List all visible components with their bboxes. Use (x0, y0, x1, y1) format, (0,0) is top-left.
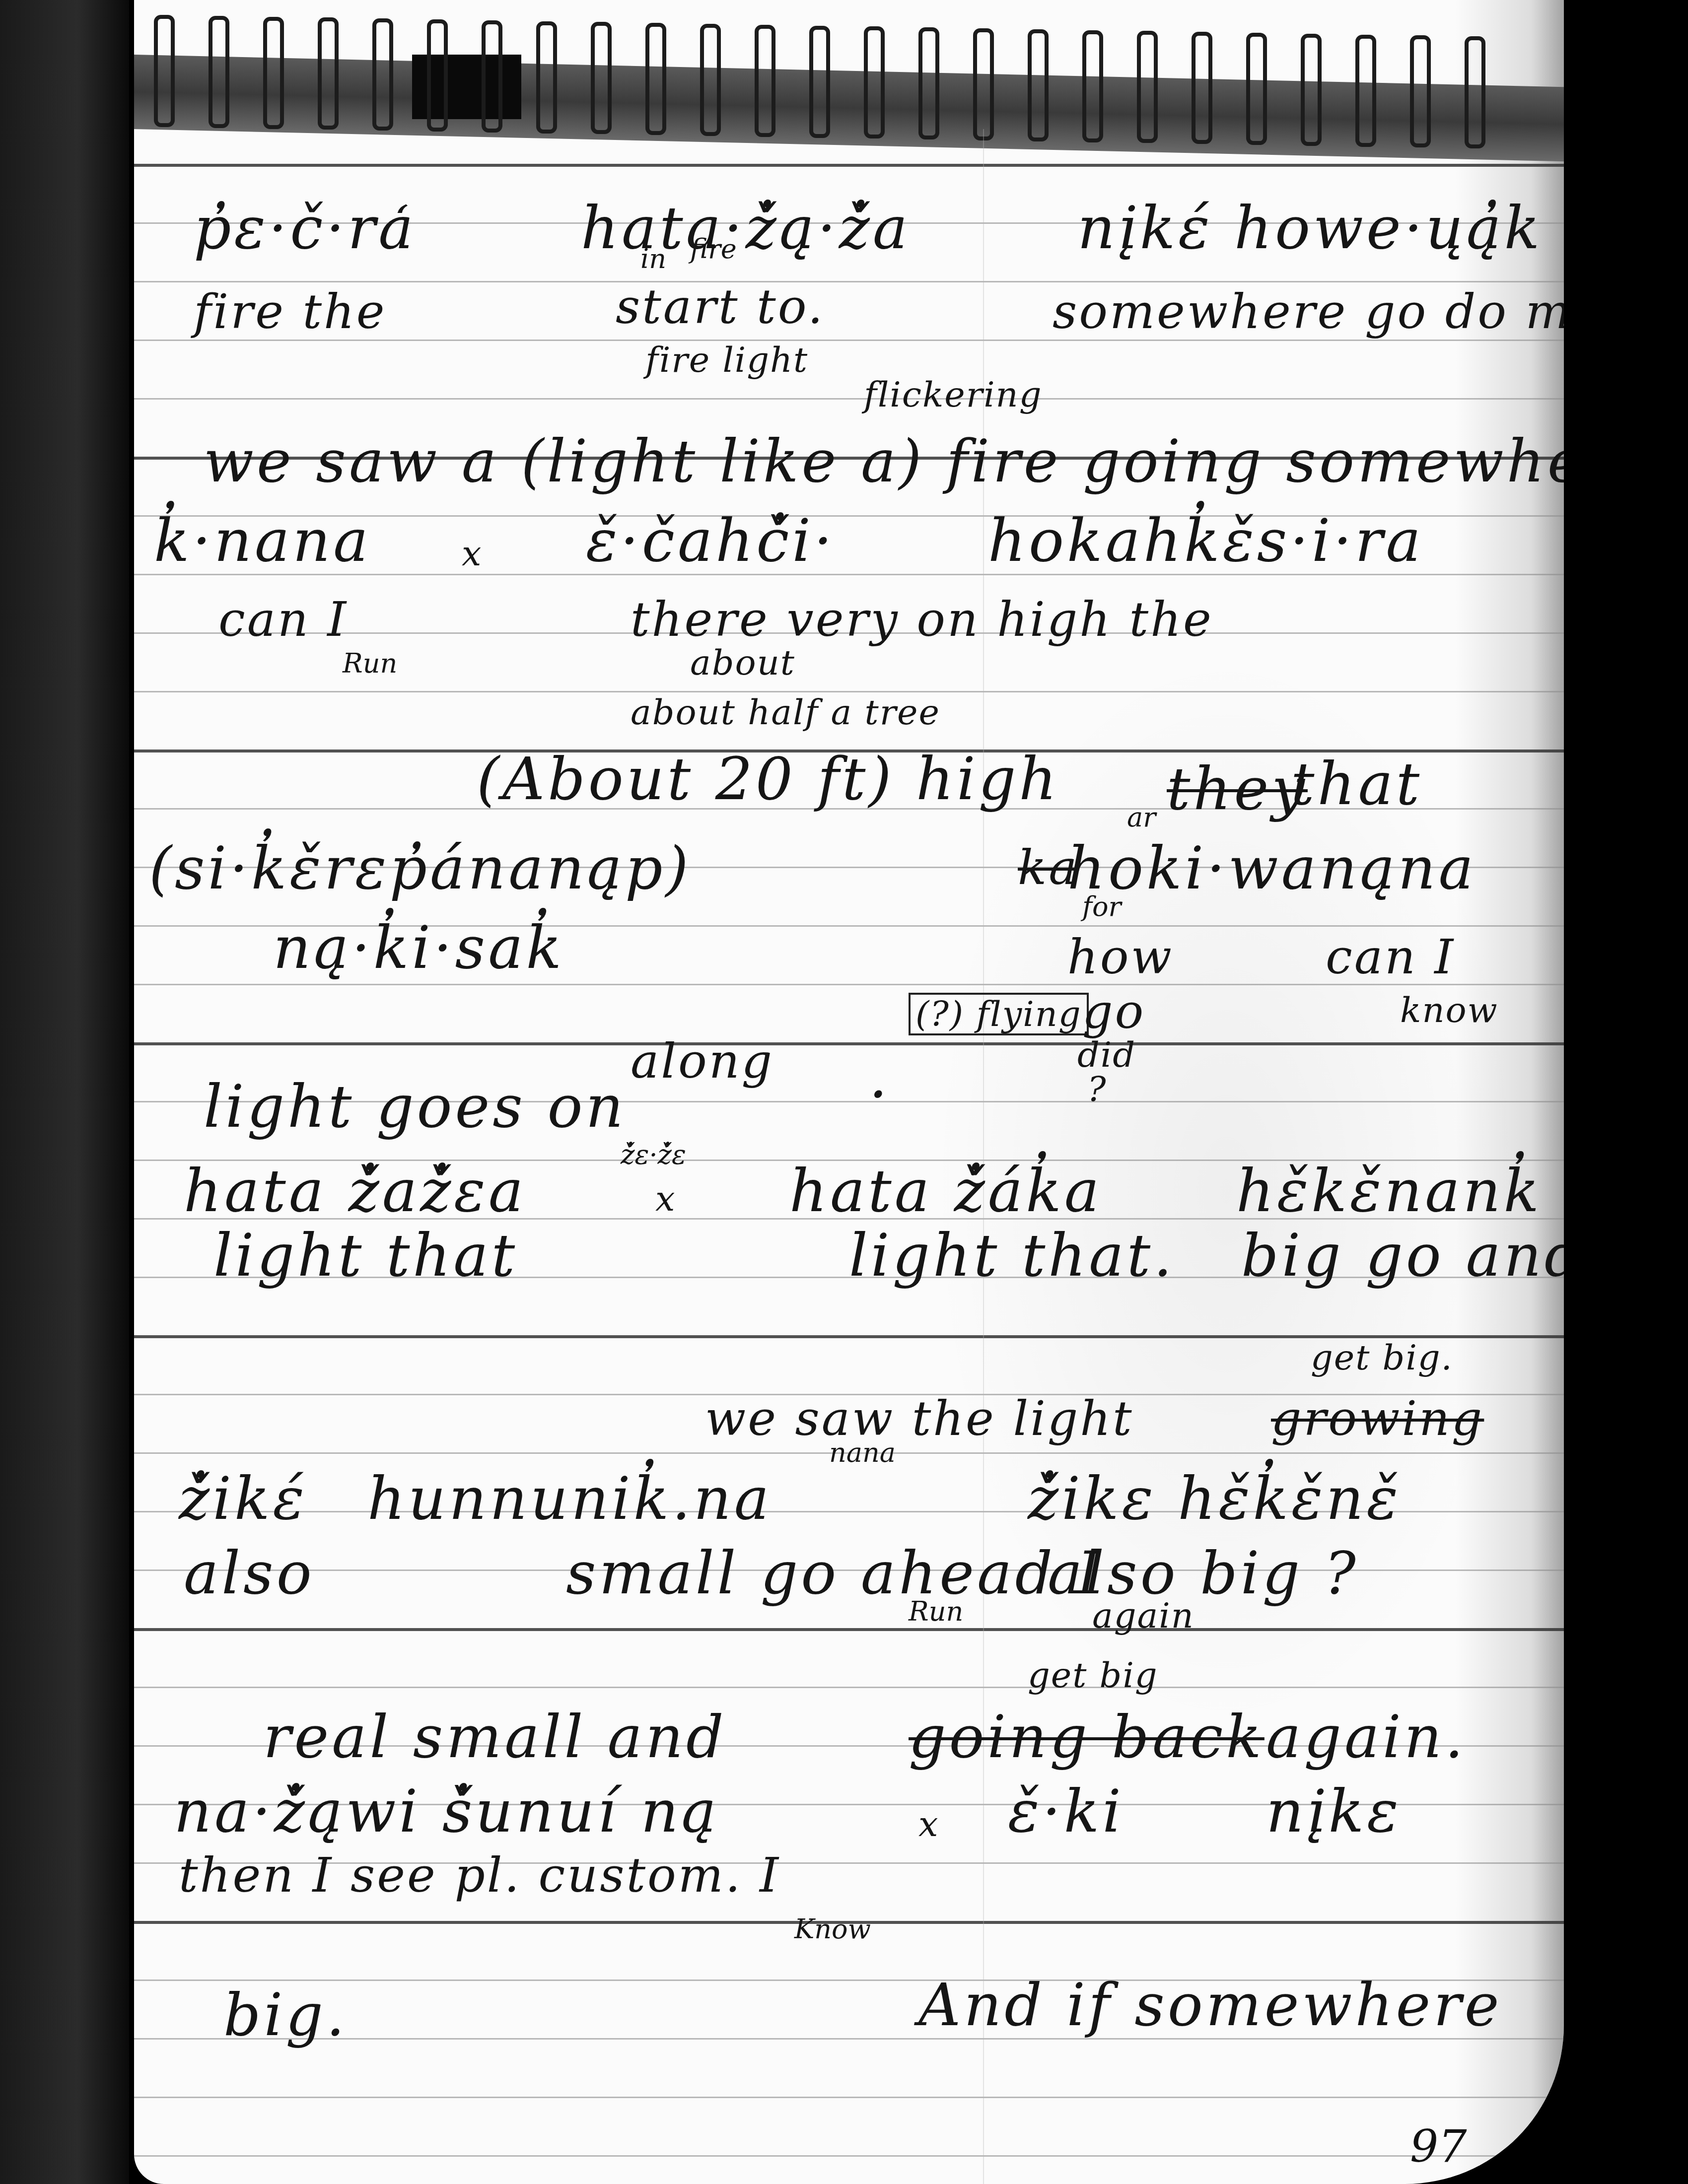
spiral-ring (1246, 33, 1267, 145)
spiral-ring (864, 26, 885, 138)
line8-gloss-a: light that (213, 1226, 518, 1285)
spiral-ring (809, 26, 830, 138)
ruled-line (134, 1687, 1564, 1688)
line12-native-a: na·ž̓ąwi š̓unuí ną (174, 1782, 719, 1841)
spiral-ring (645, 23, 666, 135)
line4-english-a: (About 20 ft) high (477, 750, 1059, 808)
line10-gloss-a: also (184, 1544, 315, 1602)
line11-insertion: get big (1028, 1658, 1158, 1693)
line10-insertion: nana (829, 1439, 896, 1466)
line5-native-b: hoki·wanąna (1067, 839, 1477, 897)
spiral-ring (700, 24, 721, 136)
line1-native-b: hata·ž̓ą·ž̓a (581, 199, 911, 257)
line2-insertion-flickering: flickering (864, 377, 1042, 412)
line3-native-a: k̓·nana (154, 511, 371, 570)
ruled-line (134, 281, 1564, 282)
line10-native-a: ž̓ikɛ́ (179, 1469, 307, 1528)
line9-english: we saw the light (705, 1395, 1134, 1442)
line6-native: ną·k̓i·sak̓ (273, 918, 564, 977)
line11-english-a: real small and (263, 1707, 727, 1766)
line3-native-c: hokahk̓ɛ̌s·i·ra (988, 511, 1424, 570)
line5-superscript: ar (1127, 804, 1156, 831)
spiral-ring (482, 20, 502, 133)
line1-gloss-c: somewhere go do moving (1053, 288, 1564, 336)
line3-insertion-about: about (690, 645, 795, 680)
line7-english: light goes on (204, 1077, 626, 1136)
line3-native-b: ɛ̌·čahč̓i· (586, 511, 836, 570)
ruled-line (134, 164, 1564, 167)
line12-gloss: then I see pl. custom. I (179, 1851, 780, 1899)
line6-can-i: can I (1326, 933, 1455, 981)
line6-boxed-note: (?) flying (909, 993, 1089, 1035)
line13-big: big. (223, 1985, 348, 2044)
notebook-backing-left (0, 0, 129, 2184)
line3-gloss-b: there very on high the (631, 596, 1213, 643)
line13-and-if-somewhere: And if somewhere (918, 1976, 1502, 2034)
line12-sub-know: Know (794, 1916, 871, 1943)
line10-native-c: ž̓ikɛ hɛ̌k̓ɛ̌nɛ̌ (1028, 1469, 1401, 1528)
line8-gloss-c: big go and (1241, 1226, 1564, 1285)
line12-x-mark: x (918, 1807, 939, 1842)
spiral-ring (154, 15, 175, 127)
line6-question-mark: ? (1087, 1072, 1107, 1107)
line10-gloss-b: small go ahead I (566, 1544, 1103, 1602)
spiral-ring (1192, 32, 1212, 144)
line6-go: go (1082, 988, 1145, 1035)
line10-gloss-c: also big ? (1048, 1544, 1359, 1602)
line8-gloss-b: light that. (849, 1226, 1175, 1285)
line10-sub-again: again (1092, 1598, 1195, 1633)
ruled-line (134, 2155, 1564, 2157)
line8-native-c: hɛ̌kɛ̌nank̓ (1236, 1161, 1542, 1220)
line9-struck: growing (1271, 1395, 1484, 1442)
spiral-ring (1082, 30, 1103, 142)
line3-x-mark: x (462, 536, 482, 571)
line6-did: did (1077, 1037, 1136, 1072)
line6-know: know (1400, 993, 1498, 1027)
page-number: 97 (1410, 2124, 1467, 2169)
line1-native-c: nįkɛ́ howe·ųą̓k (1077, 199, 1543, 257)
line1-interlinear-fire: fire (690, 236, 737, 263)
spiral-ring (1465, 36, 1485, 148)
line9-insertion: get big. (1311, 1340, 1453, 1375)
spiral-ring (1137, 31, 1158, 143)
line3-gloss-a: can I (218, 596, 348, 643)
line1-interlinear-firelight: fire light (645, 342, 808, 377)
spiral-rings (154, 10, 1544, 129)
line1-interlinear-in: in (640, 246, 666, 273)
ruled-line (134, 398, 1564, 400)
line8-native-b: hata ž̓ák̓a (789, 1161, 1102, 1220)
line12-native-b: ɛ̌·ki (1008, 1782, 1124, 1841)
spiral-ring (918, 27, 939, 139)
spiral-ring (1028, 29, 1049, 141)
line11-english-b: again. (1266, 1707, 1466, 1766)
line11-struck: going back (909, 1707, 1265, 1766)
line4-struck-word: they (1167, 759, 1308, 818)
line12-native-c: nįkɛ (1266, 1782, 1402, 1841)
ruled-line (134, 2097, 1564, 2098)
line10-sub-run: Run (909, 1598, 963, 1625)
line6-for: for (1082, 893, 1121, 920)
ruled-line (134, 1628, 1564, 1631)
line1-gloss-a: fire the (194, 288, 387, 336)
spiral-ring (372, 18, 393, 131)
spiral-ring (591, 22, 612, 134)
line5-native-a: (si·k̓ɛ̌rɛp̓ánanąp) (149, 839, 692, 897)
notebook-page: p̓ɛ·č·ra̒ hata·ž̓ą·ž̓a nįkɛ́ howe·ųą̓k i… (134, 0, 1564, 2184)
line3-sub-run: Run (343, 650, 397, 677)
ruled-line (134, 1042, 1564, 1045)
spiral-ring (1301, 34, 1322, 146)
line4-english-b: that (1291, 754, 1422, 813)
line4-insertion: about half a tree (631, 695, 940, 730)
line8-native-a: hata ž̓až̓ɛa (184, 1161, 526, 1220)
line6-how: how (1067, 933, 1174, 981)
line7-along: along (631, 1037, 774, 1085)
line1-gloss-b: start to. (616, 283, 825, 331)
spiral-ring (427, 19, 448, 132)
spiral-ring (1355, 35, 1376, 147)
spiral-ring (973, 28, 994, 140)
ruled-line (134, 340, 1564, 341)
spiral-ring (1410, 35, 1431, 147)
line10-native-b: hunnunik̓.na (367, 1469, 772, 1528)
line2-english: we saw a (light like a) fire going somew… (204, 432, 1564, 490)
line8-x-mark: x (655, 1181, 676, 1216)
line1-native-a: p̓ɛ·č·ra̒ (194, 199, 417, 257)
line8-inserted: ž̓ɛ·ž̓ɛ (621, 1142, 686, 1168)
spiral-ring (209, 16, 229, 128)
spiral-ring (536, 21, 557, 134)
line7-period: . (869, 1047, 891, 1106)
spiral-ring (755, 25, 775, 137)
spiral-ring (263, 17, 284, 129)
spiral-ring (318, 17, 339, 130)
